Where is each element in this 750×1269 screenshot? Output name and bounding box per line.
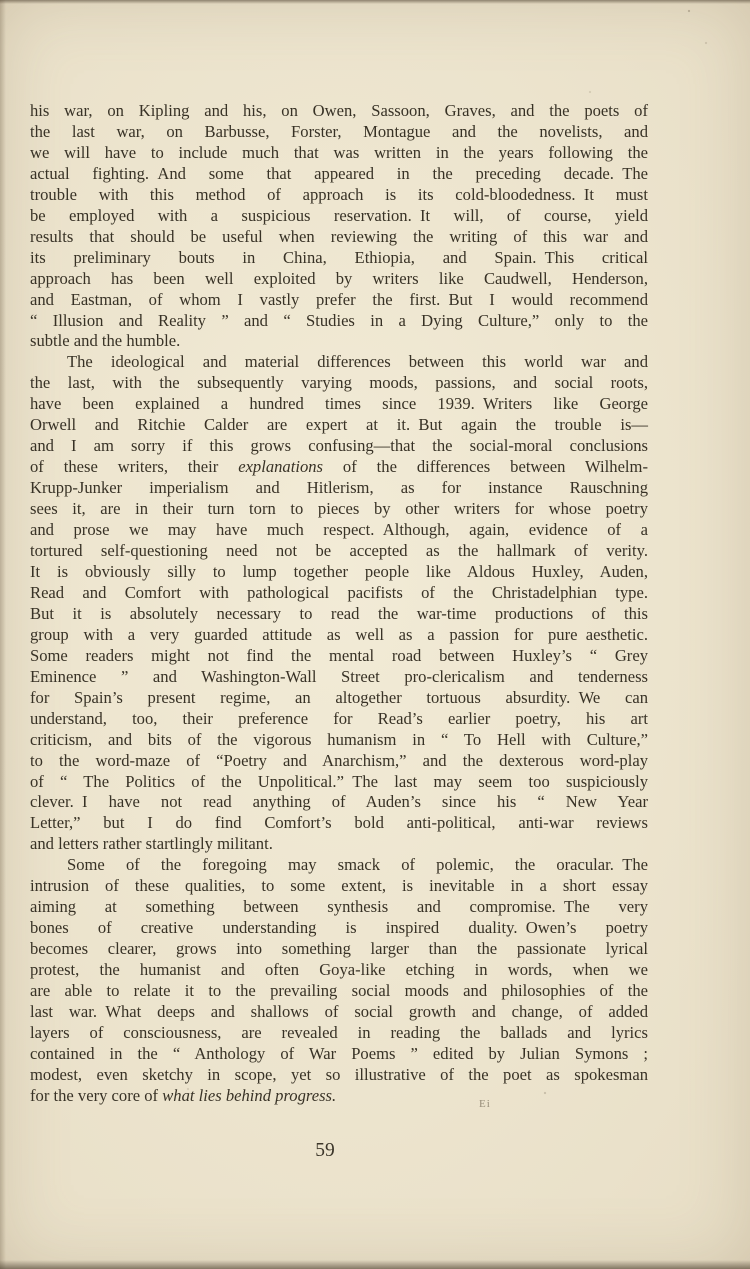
text-line: becomes clearer, grows into something la… bbox=[30, 939, 648, 960]
text-line: modest, even sketchy in scope, yet so il… bbox=[30, 1065, 648, 1086]
page-text: his war, on Kipling and his, on Owen, Sa… bbox=[30, 101, 648, 1107]
text-line: layers of consciousness, are revealed in… bbox=[30, 1023, 648, 1044]
text-line: understand, too, their preference for Re… bbox=[30, 709, 648, 730]
text-line: Eminence ” and Washington-Wall Street pr… bbox=[30, 667, 648, 688]
text-line: criticism, and bits of the vigorous huma… bbox=[30, 730, 648, 751]
text-line: be employed with a suspicious reservatio… bbox=[30, 206, 648, 227]
text-line: But it is absolutely necessary to read t… bbox=[30, 604, 648, 625]
text-line: Letter,” but I do find Comfort’s bold an… bbox=[30, 813, 648, 834]
text-line: are able to relate it to the prevailing … bbox=[30, 981, 648, 1002]
text-line: the last, with the subsequently varying … bbox=[30, 373, 648, 394]
text-line: aiming at something between synthesis an… bbox=[30, 897, 648, 918]
text-line: group with a very guarded attitude as we… bbox=[30, 625, 648, 646]
text-line: actual fighting. And some that appeared … bbox=[30, 164, 648, 185]
text-line: results that should be useful when revie… bbox=[30, 227, 648, 248]
text-line: Some readers might not find the mental r… bbox=[30, 646, 648, 667]
text-line: It is obviously silly to lump together p… bbox=[30, 562, 648, 583]
text-line: we will have to include much that was wr… bbox=[30, 143, 648, 164]
text-line: intrusion of these qualities, to some ex… bbox=[30, 876, 648, 897]
text-line: trouble with this method of approach is … bbox=[30, 185, 648, 206]
text-line: for the very core of what lies behind pr… bbox=[30, 1086, 648, 1107]
page-edge-shadow bbox=[0, 0, 6, 1269]
text-line: its preliminary bouts in China, Ethiopia… bbox=[30, 248, 648, 269]
text-line: approach has been well exploited by writ… bbox=[30, 269, 648, 290]
text-line: tortured self-questioning need not be ac… bbox=[30, 541, 648, 562]
text-line: bones of creative understanding is inspi… bbox=[30, 918, 648, 939]
text-line: his war, on Kipling and his, on Owen, Sa… bbox=[30, 101, 648, 122]
text-line: protest, the humanist and often Goya-lik… bbox=[30, 960, 648, 981]
text-line: and letters rather startlingly militant. bbox=[30, 834, 648, 855]
book-page: his war, on Kipling and his, on Owen, Sa… bbox=[0, 0, 750, 1269]
text-line: have been explained a hundred times sinc… bbox=[30, 394, 648, 415]
text-line: for Spain’s present regime, an altogethe… bbox=[30, 688, 648, 709]
text-line: of these writers, their explanations of … bbox=[30, 457, 648, 478]
text-line: clever. I have not read anything of Aude… bbox=[30, 792, 648, 813]
text-line: “ Illusion and Reality ” and “ Studies i… bbox=[30, 311, 648, 332]
text-line: last war. What deeps and shallows of soc… bbox=[30, 1002, 648, 1023]
text-line: the last war, on Barbusse, Forster, Mont… bbox=[30, 122, 648, 143]
text-line: to the word-maze of “Poetry and Anarchis… bbox=[30, 751, 648, 772]
text-line: The ideological and material differences… bbox=[30, 352, 648, 373]
text-line: and prose we may have much respect. Alth… bbox=[30, 520, 648, 541]
text-line: subtle and the humble. bbox=[30, 331, 648, 352]
text-line: and I am sorry if this grows confusing—t… bbox=[30, 436, 648, 457]
text-line: Orwell and Ritchie Calder are expert at … bbox=[30, 415, 648, 436]
text-line: contained in the “ Anthology of War Poem… bbox=[30, 1044, 648, 1065]
print-artifact: Ei bbox=[479, 1098, 491, 1110]
page-number: 59 bbox=[30, 1140, 620, 1162]
text-line: Krupp-Junker imperialism and Hitlerism, … bbox=[30, 478, 648, 499]
text-line: of “ The Politics of the Unpolitical.” T… bbox=[30, 772, 648, 793]
text-line: Read and Comfort with pathological pacif… bbox=[30, 583, 648, 604]
text-line: and Eastman, of whom I vastly prefer the… bbox=[30, 290, 648, 311]
text-line: Some of the foregoing may smack of polem… bbox=[30, 855, 648, 876]
text-line: sees it, are in their turn torn to piece… bbox=[30, 499, 648, 520]
